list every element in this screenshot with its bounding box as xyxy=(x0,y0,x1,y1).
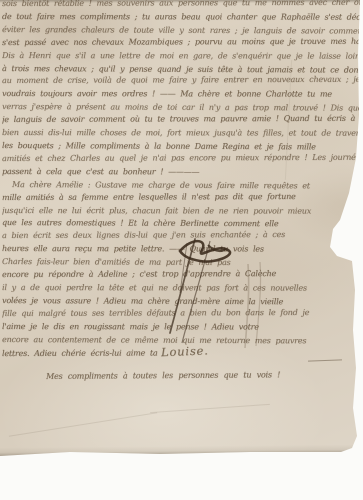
scanned-letter-screenshot: { "letter": { "language": "French", "scr… xyxy=(0,0,363,500)
text-line: voudrais toujours avoir mes ordres ! —— … xyxy=(2,88,360,102)
postscript-line: Mes compliments à toutes les personnes q… xyxy=(46,370,356,381)
text-line: amitiés et chez Charles au quel je n'ai … xyxy=(2,152,360,166)
paper-crease xyxy=(150,404,270,413)
text-line: s'est passé avec nos chevaux Mozambiques… xyxy=(2,35,360,49)
text-line: lettres. Adieu chérie écris-lui aime ta xyxy=(2,349,158,359)
text-line: au moment de crise, voilà de quoi me fai… xyxy=(2,74,360,88)
letter-page: sois bientôt rétablie ! mes souvenirs au… xyxy=(0,0,363,457)
paper-bottom-edge xyxy=(0,444,363,456)
text-line: je languis de savoir comment où tu te tr… xyxy=(2,113,360,127)
text-line: Dis à Henri que s'il a une lettre de moi… xyxy=(2,50,360,64)
text-line: jusqu'ici elle ne lui écrit plus, chacun… xyxy=(2,205,360,219)
text-line: sois bientôt rétablie ! mes souvenirs au… xyxy=(2,0,360,11)
text-line: bien aussi dis-lui mille choses de moi, … xyxy=(2,127,360,141)
text-line: passent à cela que c'est au bonheur ! ——… xyxy=(2,166,360,180)
ink-blot-scribble xyxy=(150,231,265,349)
text-line: de tout faire mes compliments ; tu auras… xyxy=(2,11,360,25)
paper-crease xyxy=(9,412,157,436)
text-line: mille amitiés à sa femme entre lesquelle… xyxy=(2,190,360,204)
